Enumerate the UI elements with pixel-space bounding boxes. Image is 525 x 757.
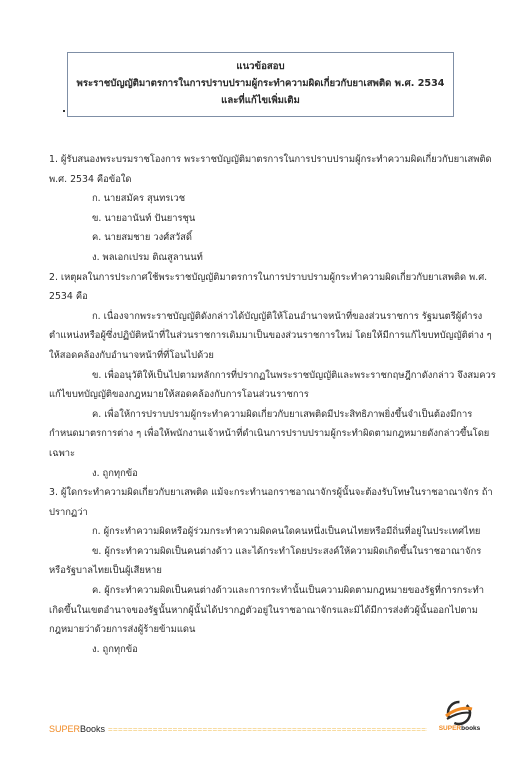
swirl-logo-icon — [432, 700, 487, 726]
question-2-option-a: ก. เนื่องจากพระราชบัญญัติดังกล่าวได้บัญญ… — [49, 307, 497, 366]
title-line-3: และที่แก้ไขเพิ่มเติม — [68, 92, 453, 109]
question-1-option-a: ก. นายสมัคร สุนทรเวช — [49, 189, 497, 209]
question-1-text: 1. ผู้รับสนองพระบรมราชโองการ พระราชบัญญั… — [49, 150, 497, 189]
title-line-1: แนวข้อสอบ — [68, 58, 453, 75]
question-2-option-c: ค. เพื่อให้การปราบปรามผู้กระทำความผิดเกี… — [49, 405, 497, 464]
footer-brand-books: Books — [80, 724, 105, 734]
question-3-text: 3. ผู้ใดกระทำความผิดเกี่ยวกับยาเสพติด แม… — [49, 483, 497, 522]
question-3-option-d: ง. ถูกทุกข้อ — [49, 640, 497, 660]
title-line-2: พระราชบัญญัติมาตรการในการปราบปรามผู้กระท… — [68, 75, 453, 92]
page-footer: SUPERBooks==============================… — [49, 722, 427, 736]
stray-dot — [63, 110, 65, 112]
question-2-text: 2. เหตุผลในการประกาศใช้พระราชบัญญัติมาตร… — [49, 268, 497, 307]
question-1-option-b: ข. นายอานันท์ ปันยารชุน — [49, 209, 497, 229]
question-2-option-b: ข. เพื่ออนุวัติให้เป็นไปตามหลักการที่ปรา… — [49, 366, 497, 405]
question-1-option-c: ค. นายสมชาย วงศ์สวัสดิ์ — [49, 228, 497, 248]
question-3-option-c: ค. ผู้กระทำความผิดเป็นคนต่างด้าวและการกร… — [49, 581, 497, 640]
title-box: แนวข้อสอบ พระราชบัญญัติมาตรการในการปราบป… — [67, 52, 454, 117]
question-3-option-a: ก. ผู้กระทำความผิดหรือผู้ร่วมกระทำความผิ… — [49, 522, 497, 542]
logo-wordmark: SUPERbooks — [432, 725, 487, 732]
question-3-option-b: ข. ผู้กระทำความผิดเป็นคนต่างด้าว และได้ก… — [49, 542, 497, 581]
question-2-option-d: ง. ถูกทุกข้อ — [49, 464, 497, 484]
questions-content: 1. ผู้รับสนองพระบรมราชโองการ พระราชบัญญั… — [49, 150, 497, 659]
superbooks-logo: SUPERbooks — [432, 700, 487, 736]
footer-separator: ========================================… — [108, 725, 427, 734]
footer-brand-super: SUPER — [49, 724, 80, 734]
question-1-option-d: ง. พลเอกเปรม ติณสูลานนท์ — [49, 248, 497, 268]
